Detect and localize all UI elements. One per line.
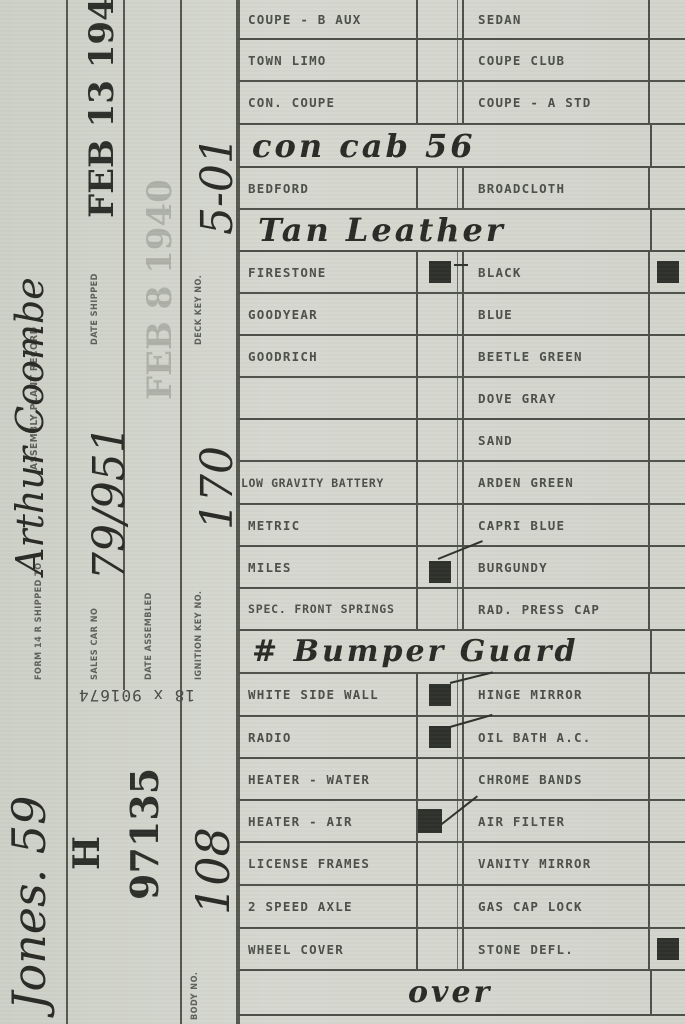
option-cell[interactable]: VANITY MIRROR — [464, 843, 650, 884]
date-assembled-label: DATE ASSEMBLED — [144, 592, 154, 680]
option-label: WHEEL COVER — [248, 942, 344, 957]
option-label: CAPRI BLUE — [478, 518, 565, 533]
row-end-divider — [650, 971, 652, 1014]
option-cell[interactable]: BEDFORD — [238, 168, 418, 208]
option-cell[interactable]: BLUE — [464, 294, 650, 334]
engine-number: 97135 — [122, 768, 167, 900]
option-checkbox[interactable] — [650, 843, 685, 884]
option-cell[interactable]: CAPRI BLUE — [464, 505, 650, 545]
option-cell[interactable]: AIR FILTER — [464, 801, 650, 841]
option-label: RADIO — [248, 730, 292, 745]
check-mark-icon — [657, 261, 679, 283]
option-cell[interactable] — [238, 378, 418, 418]
option-cell[interactable]: SEDAN — [464, 0, 650, 38]
handwritten-note-row: over — [238, 971, 685, 1016]
row-end-divider — [650, 631, 652, 672]
option-cell[interactable]: BROADCLOTH — [464, 168, 650, 208]
date-shipped-value: FEB 13 1940 — [82, 0, 122, 218]
date-shipped-label: DATE SHIPPED — [90, 273, 100, 345]
option-label: BROADCLOTH — [478, 181, 565, 196]
option-checkbox[interactable] — [418, 462, 464, 503]
left-divider-2 — [123, 0, 125, 690]
option-cell[interactable]: CON. COUPE — [238, 82, 418, 123]
inverted-serial: 18 x 901674 — [78, 686, 195, 705]
option-cell[interactable]: COUPE CLUB — [464, 40, 650, 80]
check-mark-icon — [418, 809, 442, 833]
shipped-to-label: FORM 14 R SHIPPED TO — [34, 562, 44, 680]
body-no-value: 108 — [186, 827, 240, 915]
option-checkbox[interactable] — [650, 505, 685, 545]
option-cell[interactable]: FIRESTONE — [238, 252, 418, 292]
option-checkbox[interactable] — [418, 378, 464, 418]
option-cell[interactable]: OIL BATH A.C. — [464, 717, 650, 757]
grid-row: WHEEL COVER STONE DEFL. — [238, 929, 685, 971]
option-label: SAND — [478, 433, 513, 448]
option-checkbox-checked[interactable] — [418, 252, 464, 292]
option-checkbox[interactable] — [650, 420, 685, 460]
option-cell[interactable]: METRIC — [238, 505, 418, 545]
option-label: TOWN LIMO — [248, 53, 327, 68]
option-cell[interactable]: GOODRICH — [238, 336, 418, 376]
option-cell[interactable]: RADIO — [238, 717, 418, 757]
option-checkbox-checked[interactable] — [418, 547, 464, 587]
option-checkbox[interactable] — [650, 168, 685, 208]
option-label: COUPE CLUB — [478, 53, 565, 68]
body-no-label: BODY NO. — [190, 972, 200, 1020]
option-cell[interactable]: STONE DEFL. — [464, 929, 650, 969]
option-checkbox[interactable] — [418, 505, 464, 545]
handwritten-note-row: # Bumper Guard — [238, 631, 685, 674]
option-label: WHITE SIDE WALL — [248, 687, 379, 702]
option-cell[interactable]: SPEC. FRONT SPRINGS — [238, 589, 418, 629]
option-checkbox[interactable] — [418, 82, 464, 123]
option-label: MILES — [248, 560, 292, 575]
option-label: GOODYEAR — [248, 307, 318, 322]
option-cell[interactable]: HEATER - WATER — [238, 759, 418, 799]
option-cell[interactable]: WHITE SIDE WALL — [238, 674, 418, 715]
option-label: BLUE — [478, 307, 513, 322]
option-checkbox[interactable] — [650, 294, 685, 334]
option-cell[interactable]: TOWN LIMO — [238, 40, 418, 80]
option-checkbox[interactable] — [650, 674, 685, 715]
option-cell[interactable]: GAS CAP LOCK — [464, 886, 650, 927]
option-checkbox-checked[interactable] — [650, 252, 685, 292]
option-checkbox[interactable] — [418, 168, 464, 208]
assembly-plant-record-card: ASSEMBLY PLANT RECORD FORM 14 R SHIPPED … — [0, 0, 685, 1024]
options-grid: COUPE - B AUX SEDAN TOWN LIMO COUPE CLUB… — [238, 0, 685, 1024]
check-mark-icon — [429, 561, 451, 583]
option-cell[interactable]: WHEEL COVER — [238, 929, 418, 969]
option-checkbox[interactable] — [650, 801, 685, 841]
option-cell[interactable]: LOW GRAVITY BATTERY — [238, 462, 418, 503]
handwritten-note: # Bumper Guard — [252, 631, 578, 672]
handwritten-note-row: Tan Leather — [238, 210, 685, 252]
option-checkbox[interactable] — [418, 843, 464, 884]
grid-row: HEATER - WATER CHROME BANDS — [238, 759, 685, 801]
option-label: COUPE - A STD — [478, 95, 591, 110]
option-cell[interactable]: RAD. PRESS CAP — [464, 589, 650, 629]
row-end-divider — [650, 125, 652, 166]
option-cell[interactable]: BLACK — [464, 252, 650, 292]
option-checkbox[interactable] — [418, 886, 464, 927]
option-cell[interactable]: COUPE - A STD — [464, 82, 650, 123]
grid-row: FIRESTONE BLACK — [238, 252, 685, 294]
option-checkbox[interactable] — [650, 462, 685, 503]
option-checkbox[interactable] — [650, 886, 685, 927]
option-checkbox[interactable] — [418, 929, 464, 969]
handwritten-note-row: con cab 56 — [238, 125, 685, 168]
option-label: AIR FILTER — [478, 814, 565, 829]
deck-key-no-label: DECK KEY NO. — [194, 275, 204, 345]
shipped-to-value: Arthur Coombe — [8, 277, 52, 575]
option-checkbox[interactable] — [418, 0, 464, 38]
option-label: LOW GRAVITY BATTERY — [241, 476, 384, 490]
option-checkbox[interactable] — [650, 717, 685, 757]
grid-row: METRIC CAPRI BLUE — [238, 505, 685, 547]
check-mark-icon — [429, 261, 451, 283]
option-label: CHROME BANDS — [478, 772, 583, 787]
option-label: BURGUNDY — [478, 560, 548, 575]
option-label: VANITY MIRROR — [478, 856, 591, 871]
grid-row: LICENSE FRAMES VANITY MIRROR — [238, 843, 685, 886]
grid-row: SPEC. FRONT SPRINGS RAD. PRESS CAP — [238, 589, 685, 631]
option-cell[interactable]: BURGUNDY — [464, 547, 650, 587]
sales-car-no-label: SALES CAR NO — [90, 608, 100, 680]
grid-row: LOW GRAVITY BATTERY ARDEN GREEN — [238, 462, 685, 505]
grid-row: DOVE GRAY — [238, 378, 685, 420]
option-checkbox[interactable] — [418, 336, 464, 376]
option-checkbox[interactable] — [650, 0, 685, 38]
option-checkbox[interactable] — [418, 759, 464, 799]
option-cell[interactable]: MILES — [238, 547, 418, 587]
sales-car-no-value: 79/951 — [84, 425, 135, 580]
option-label: SPEC. FRONT SPRINGS — [248, 602, 395, 616]
option-checkbox-checked[interactable] — [418, 801, 464, 841]
engine-letter: H — [66, 836, 108, 870]
option-label: BEDFORD — [248, 181, 309, 196]
handwritten-note: con cab 56 — [252, 125, 476, 166]
option-label: OIL BATH A.C. — [478, 730, 591, 745]
option-checkbox[interactable] — [650, 378, 685, 418]
option-cell[interactable]: BEETLE GREEN — [464, 336, 650, 376]
option-checkbox[interactable] — [650, 589, 685, 629]
option-label: FIRESTONE — [248, 265, 327, 280]
option-label: METRIC — [248, 518, 300, 533]
option-checkbox[interactable] — [650, 547, 685, 587]
left-divider-1 — [66, 0, 68, 1024]
handwritten-note: Tan Leather — [258, 210, 506, 250]
option-label: LICENSE FRAMES — [248, 856, 370, 871]
option-checkbox-checked[interactable] — [650, 929, 685, 969]
option-checkbox[interactable] — [650, 336, 685, 376]
option-cell[interactable]: GOODYEAR — [238, 294, 418, 334]
option-checkbox[interactable] — [650, 759, 685, 799]
option-label: 2 SPEED AXLE — [248, 899, 353, 914]
deck-key-no-value: 5-01 — [192, 136, 243, 235]
option-cell[interactable]: SAND — [464, 420, 650, 460]
option-label: ARDEN GREEN — [478, 475, 574, 490]
option-checkbox[interactable] — [650, 40, 685, 80]
option-cell[interactable]: 2 SPEED AXLE — [238, 886, 418, 927]
check-mark-icon — [429, 726, 451, 748]
grid-row: GOODYEAR BLUE — [238, 294, 685, 336]
check-mark-icon — [429, 684, 451, 706]
grid-row: SAND — [238, 420, 685, 462]
grid-row: CON. COUPE COUPE - A STD — [238, 82, 685, 125]
option-checkbox[interactable] — [418, 589, 464, 629]
check-mark-icon — [657, 938, 679, 960]
option-checkbox[interactable] — [418, 40, 464, 80]
option-label: RAD. PRESS CAP — [478, 602, 600, 617]
option-label: DOVE GRAY — [478, 391, 557, 406]
grid-row: BEDFORD BROADCLOTH — [238, 168, 685, 210]
grid-row: COUPE - B AUX SEDAN — [238, 0, 685, 40]
option-checkbox[interactable] — [650, 82, 685, 123]
ignition-key-no-value: 170 — [192, 446, 243, 530]
option-cell[interactable]: ARDEN GREEN — [464, 462, 650, 503]
pen-stroke — [454, 264, 468, 266]
row-end-divider — [650, 210, 652, 250]
ignition-key-no-label: IGNITION KEY NO. — [194, 591, 204, 680]
option-label: BLACK — [478, 265, 522, 280]
option-cell[interactable]: HEATER - AIR — [238, 801, 418, 841]
handwritten-name: Jones. 59 — [2, 796, 56, 1010]
option-label: COUPE - B AUX — [248, 12, 361, 27]
option-label: HEATER - AIR — [248, 814, 353, 829]
left-divider-3 — [180, 0, 182, 1024]
option-label: BEETLE GREEN — [478, 349, 583, 364]
grid-row: TOWN LIMO COUPE CLUB — [238, 40, 685, 82]
option-label: SEDAN — [478, 12, 522, 27]
option-label: GAS CAP LOCK — [478, 899, 583, 914]
option-checkbox[interactable] — [418, 294, 464, 334]
option-cell[interactable]: CHROME BANDS — [464, 759, 650, 799]
grid-row: GOODRICH BEETLE GREEN — [238, 336, 685, 378]
grid-row: MILES BURGUNDY — [238, 547, 685, 589]
option-cell[interactable]: HINGE MIRROR — [464, 674, 650, 715]
option-cell[interactable] — [238, 420, 418, 460]
date-assembled-value: FEB 8 1940 — [140, 179, 180, 400]
option-label: CON. COUPE — [248, 95, 335, 110]
option-label: GOODRICH — [248, 349, 318, 364]
option-label: HINGE MIRROR — [478, 687, 583, 702]
option-cell[interactable]: DOVE GRAY — [464, 378, 650, 418]
option-cell[interactable]: LICENSE FRAMES — [238, 843, 418, 884]
option-label: HEATER - WATER — [248, 772, 370, 787]
handwritten-note: over — [408, 971, 492, 1014]
option-cell[interactable]: COUPE - B AUX — [238, 0, 418, 38]
option-label: STONE DEFL. — [478, 942, 574, 957]
grid-row: 2 SPEED AXLE GAS CAP LOCK — [238, 886, 685, 929]
option-checkbox[interactable] — [418, 420, 464, 460]
